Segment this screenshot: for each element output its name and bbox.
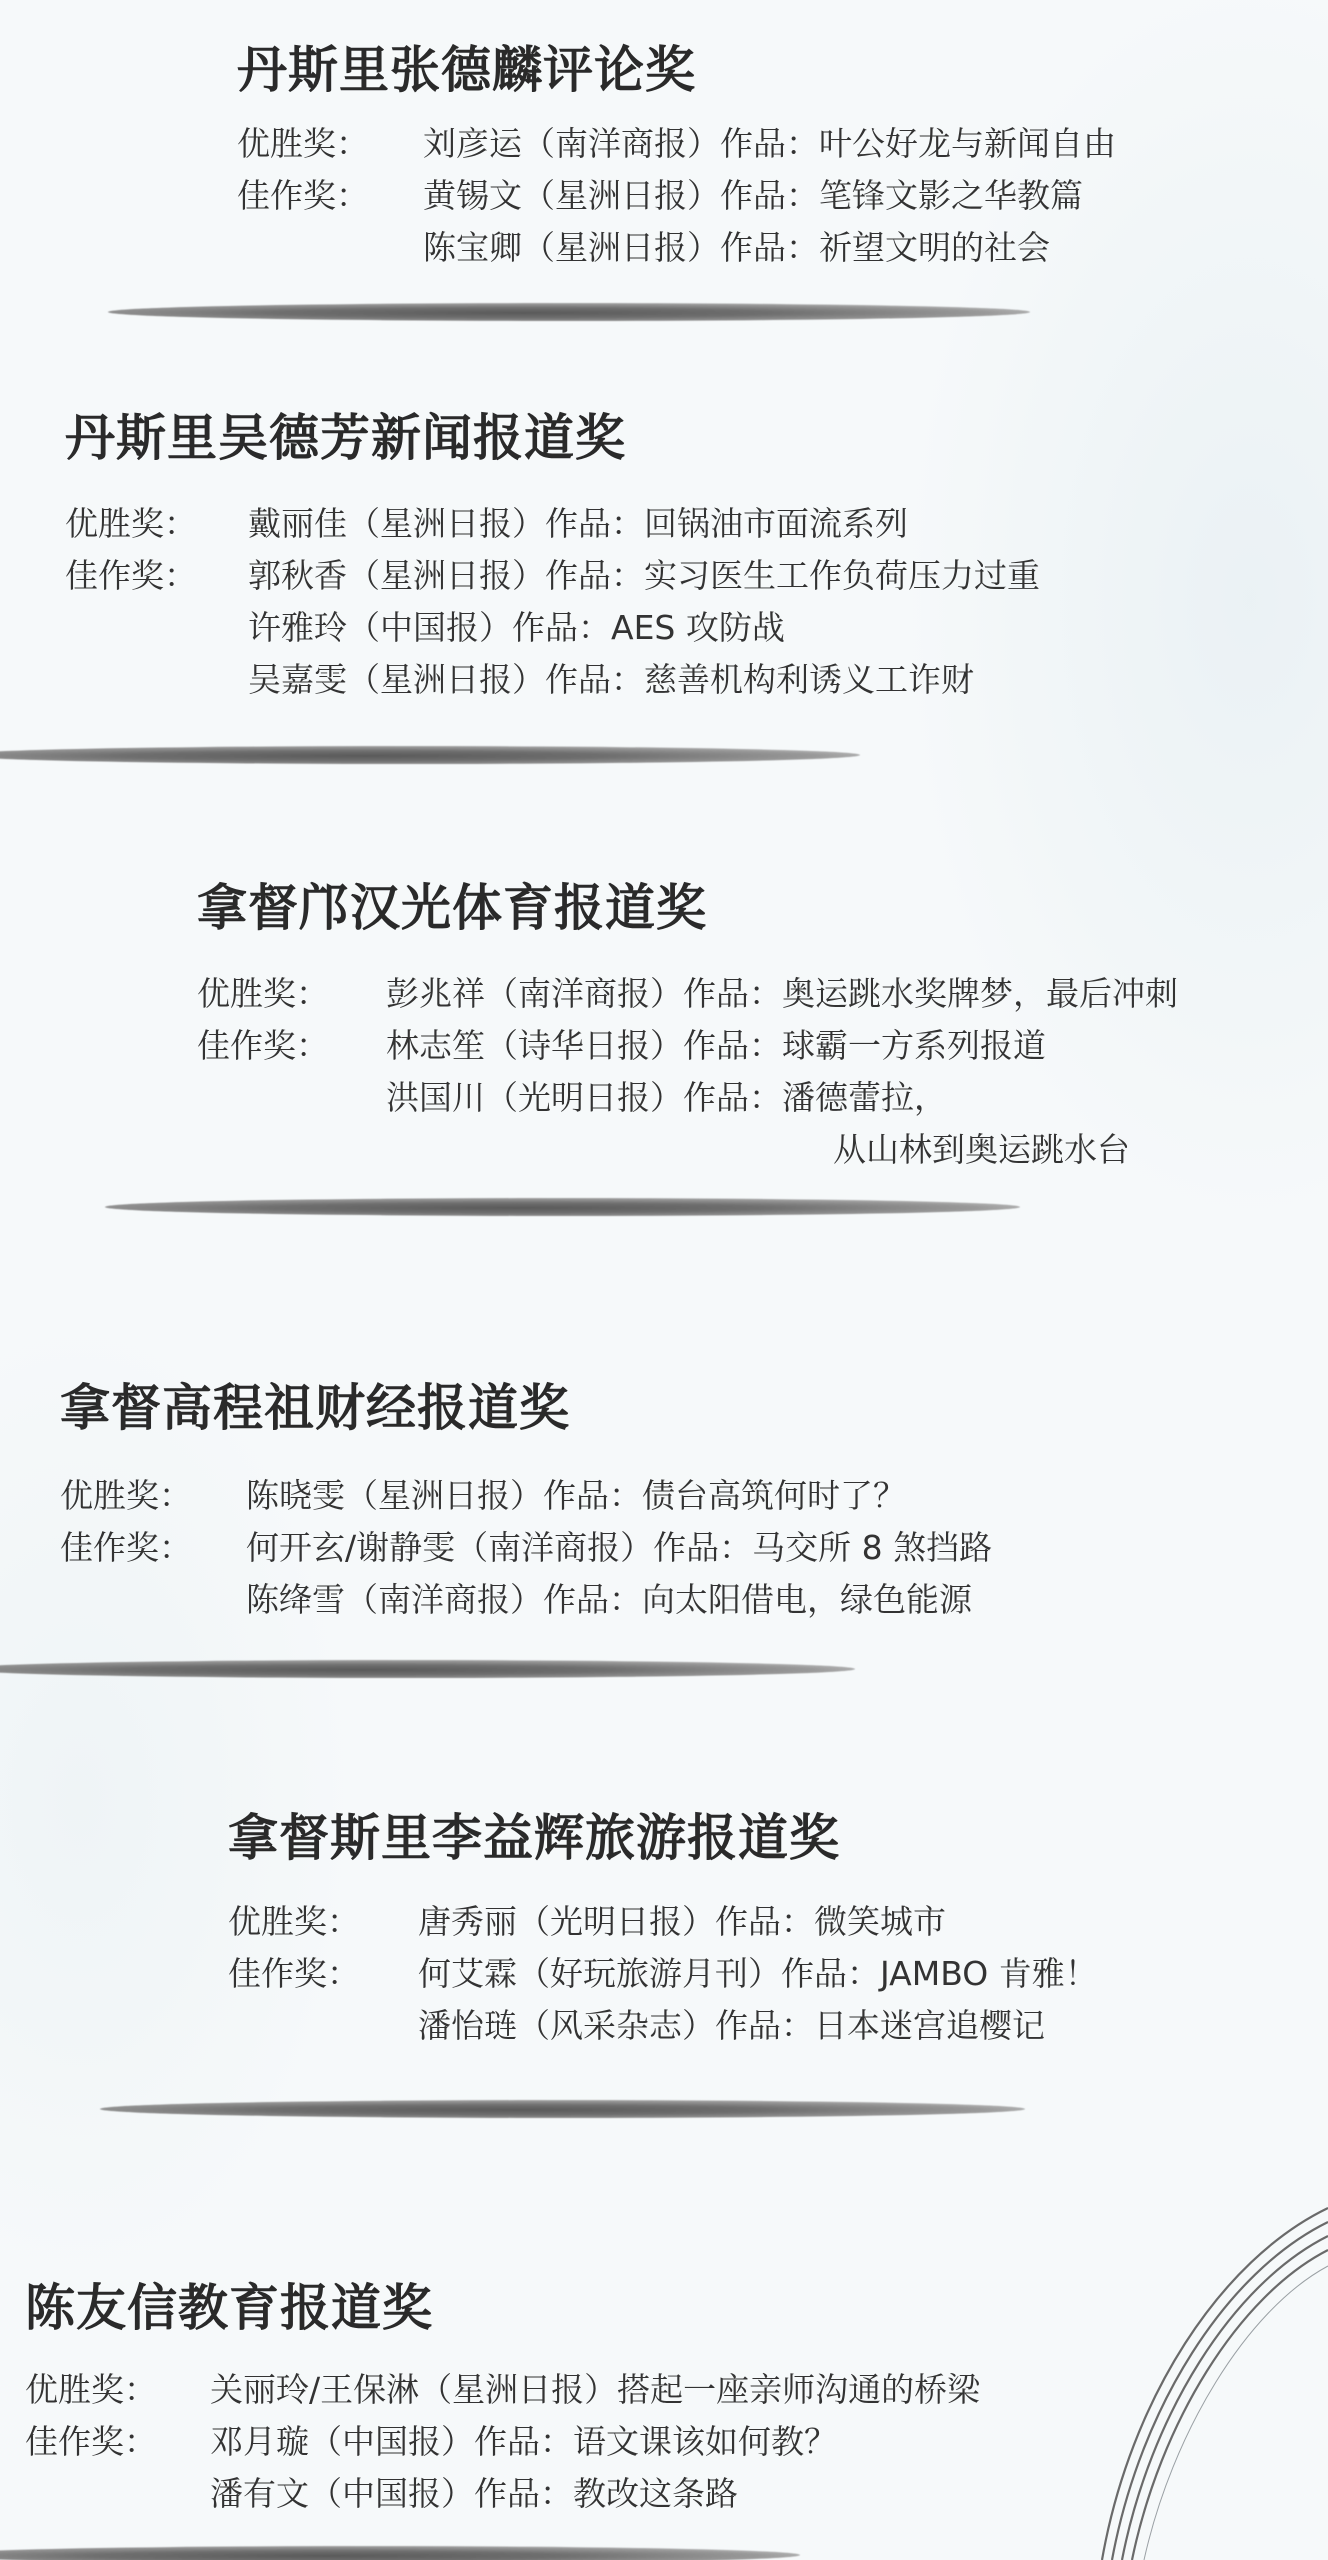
award-label: 优胜奖：	[197, 968, 386, 1020]
award-label: 优胜奖：	[25, 2364, 210, 2416]
winner-entry: 关丽玲/王保淋（星洲日报）搭起一座亲师沟通的桥梁	[210, 2364, 980, 2416]
winner-row: 佳作奖： 邓月璇（中国报）作品：语文课该如何教？	[25, 2416, 980, 2468]
winner-entry: 戴丽佳（星洲日报）作品：回锅油市面流系列	[248, 498, 908, 550]
winner-row: 陈宝卿（星洲日报）作品：祈望文明的社会	[237, 222, 1116, 274]
winner-entry-text: 洪国川（光明日报）作品：潘德蕾拉，	[386, 1078, 947, 1117]
winner-entry: 刘彦运（南洋商报）作品：叶公好龙与新闻自由	[423, 118, 1116, 170]
winner-row: 优胜奖： 刘彦运（南洋商报）作品：叶公好龙与新闻自由	[237, 118, 1116, 170]
winner-entry: 唐秀丽（光明日报）作品：微笑城市	[418, 1896, 946, 1948]
winner-row: 佳作奖： 林志笙（诗华日报）作品：球霸一方系列报道	[197, 1020, 1178, 1072]
winner-row: 优胜奖： 关丽玲/王保淋（星洲日报）搭起一座亲师沟通的桥梁	[25, 2364, 980, 2416]
section-divider	[108, 303, 1030, 321]
winner-list: 优胜奖： 关丽玲/王保淋（星洲日报）搭起一座亲师沟通的桥梁 佳作奖： 邓月璇（中…	[25, 2364, 980, 2520]
award-label: 佳作奖：	[237, 170, 423, 222]
award-section-chen-youxin-education: 陈友信教育报道奖 优胜奖： 关丽玲/王保淋（星洲日报）搭起一座亲师沟通的桥梁 佳…	[25, 2278, 980, 2520]
award-section-gao-chengzu-finance: 拿督高程祖财经报道奖 优胜奖： 陈晓雯（星洲日报）作品：债台高筑何时了？ 佳作奖…	[60, 1378, 992, 1626]
winner-list: 优胜奖： 刘彦运（南洋商报）作品：叶公好龙与新闻自由 佳作奖： 黄锡文（星洲日报…	[237, 118, 1116, 274]
winner-row: 佳作奖： 郭秋香（星洲日报）作品：实习医生工作负荷压力过重	[65, 550, 1040, 602]
winner-entry: 洪国川（光明日报）作品：潘德蕾拉， 从山林到奥运跳水台	[386, 1072, 1130, 1176]
winner-row: 优胜奖： 戴丽佳（星洲日报）作品：回锅油市面流系列	[65, 498, 1040, 550]
award-label: 佳作奖：	[197, 1020, 386, 1072]
winner-entry: 潘怡琏（风采杂志）作品：日本迷宫追樱记	[418, 2000, 1045, 2052]
award-section-kuang-hanguang-sports: 拿督邝汉光体育报道奖 优胜奖： 彭兆祥（南洋商报）作品：奥运跳水奖牌梦，最后冲刺…	[197, 878, 1178, 1176]
winner-entry: 陈绛雪（南洋商报）作品：向太阳借电，绿色能源	[246, 1574, 972, 1626]
decorative-arcs-icon	[1100, 2150, 1328, 2560]
winner-row: 佳作奖： 何开玄/谢静雯（南洋商报）作品：马交所 8 煞挡路	[60, 1522, 992, 1574]
section-divider	[0, 746, 860, 764]
award-label: 佳作奖：	[65, 550, 248, 602]
award-label: 佳作奖：	[60, 1522, 246, 1574]
winner-row: 吴嘉雯（星洲日报）作品：慈善机构利诱义工诈财	[65, 654, 1040, 706]
section-title: 拿督邝汉光体育报道奖	[197, 878, 1178, 938]
winner-entry: 郭秋香（星洲日报）作品：实习医生工作负荷压力过重	[248, 550, 1040, 602]
winner-row: 潘怡琏（风采杂志）作品：日本迷宫追樱记	[228, 2000, 1098, 2052]
section-title: 拿督高程祖财经报道奖	[60, 1378, 992, 1438]
winner-entry: 潘有文（中国报）作品：教改这条路	[210, 2468, 738, 2520]
section-title: 陈友信教育报道奖	[25, 2278, 980, 2338]
section-title: 拿督斯里李益辉旅游报道奖	[228, 1808, 1098, 1868]
winner-entry: 何开玄/谢静雯（南洋商报）作品：马交所 8 煞挡路	[246, 1522, 992, 1574]
winner-entry: 吴嘉雯（星洲日报）作品：慈善机构利诱义工诈财	[248, 654, 974, 706]
award-label: 优胜奖：	[60, 1470, 246, 1522]
winner-row: 许雅玲（中国报）作品：AES 攻防战	[65, 602, 1040, 654]
winner-entry: 何艾霖（好玩旅游月刊）作品：JAMBO 肯雅！	[418, 1948, 1098, 2000]
winner-list: 优胜奖： 唐秀丽（光明日报）作品：微笑城市 佳作奖： 何艾霖（好玩旅游月刊）作品…	[228, 1896, 1098, 2052]
award-label: 优胜奖：	[228, 1896, 418, 1948]
winner-entry: 彭兆祥（南洋商报）作品：奥运跳水奖牌梦，最后冲刺	[386, 968, 1178, 1020]
winner-row: 陈绛雪（南洋商报）作品：向太阳借电，绿色能源	[60, 1574, 992, 1626]
section-divider	[0, 2546, 800, 2560]
award-label: 佳作奖：	[25, 2416, 210, 2468]
section-title: 丹斯里吴德芳新闻报道奖	[65, 408, 1040, 468]
winner-row: 洪国川（光明日报）作品：潘德蕾拉， 从山林到奥运跳水台	[197, 1072, 1178, 1176]
award-label: 优胜奖：	[237, 118, 423, 170]
section-divider	[0, 1660, 855, 1678]
section-divider	[105, 1198, 1020, 1216]
winner-row: 佳作奖： 何艾霖（好玩旅游月刊）作品：JAMBO 肯雅！	[228, 1948, 1098, 2000]
award-section-zhang-delin-commentary: 丹斯里张德麟评论奖 优胜奖： 刘彦运（南洋商报）作品：叶公好龙与新闻自由 佳作奖…	[237, 40, 1116, 274]
winner-entry: 邓月璇（中国报）作品：语文课该如何教？	[210, 2416, 837, 2468]
winner-row: 优胜奖： 唐秀丽（光明日报）作品：微笑城市	[228, 1896, 1098, 1948]
winner-entry: 黄锡文（星洲日报）作品：笔锋文影之华教篇	[423, 170, 1083, 222]
award-section-li-yihui-travel: 拿督斯里李益辉旅游报道奖 优胜奖： 唐秀丽（光明日报）作品：微笑城市 佳作奖： …	[228, 1808, 1098, 2052]
award-label: 佳作奖：	[228, 1948, 418, 2000]
winner-list: 优胜奖： 彭兆祥（南洋商报）作品：奥运跳水奖牌梦，最后冲刺 佳作奖： 林志笙（诗…	[197, 968, 1178, 1176]
winner-entry: 林志笙（诗华日报）作品：球霸一方系列报道	[386, 1020, 1046, 1072]
winner-row: 优胜奖： 彭兆祥（南洋商报）作品：奥运跳水奖牌梦，最后冲刺	[197, 968, 1178, 1020]
section-title: 丹斯里张德麟评论奖	[237, 40, 1116, 100]
winner-list: 优胜奖： 陈晓雯（星洲日报）作品：债台高筑何时了？ 佳作奖： 何开玄/谢静雯（南…	[60, 1470, 992, 1626]
award-section-wu-defang-news: 丹斯里吴德芳新闻报道奖 优胜奖： 戴丽佳（星洲日报）作品：回锅油市面流系列 佳作…	[65, 408, 1040, 706]
award-label: 优胜奖：	[65, 498, 248, 550]
winner-row: 优胜奖： 陈晓雯（星洲日报）作品：债台高筑何时了？	[60, 1470, 992, 1522]
winner-row: 佳作奖： 黄锡文（星洲日报）作品：笔锋文影之华教篇	[237, 170, 1116, 222]
winner-entry-continuation: 从山林到奥运跳水台	[386, 1124, 1130, 1176]
winner-entry: 陈宝卿（星洲日报）作品：祈望文明的社会	[423, 222, 1050, 274]
winner-row: 潘有文（中国报）作品：教改这条路	[25, 2468, 980, 2520]
winner-entry: 陈晓雯（星洲日报）作品：债台高筑何时了？	[246, 1470, 906, 1522]
section-divider	[100, 2100, 1025, 2118]
winner-list: 优胜奖： 戴丽佳（星洲日报）作品：回锅油市面流系列 佳作奖： 郭秋香（星洲日报）…	[65, 498, 1040, 706]
winner-entry: 许雅玲（中国报）作品：AES 攻防战	[248, 602, 785, 654]
